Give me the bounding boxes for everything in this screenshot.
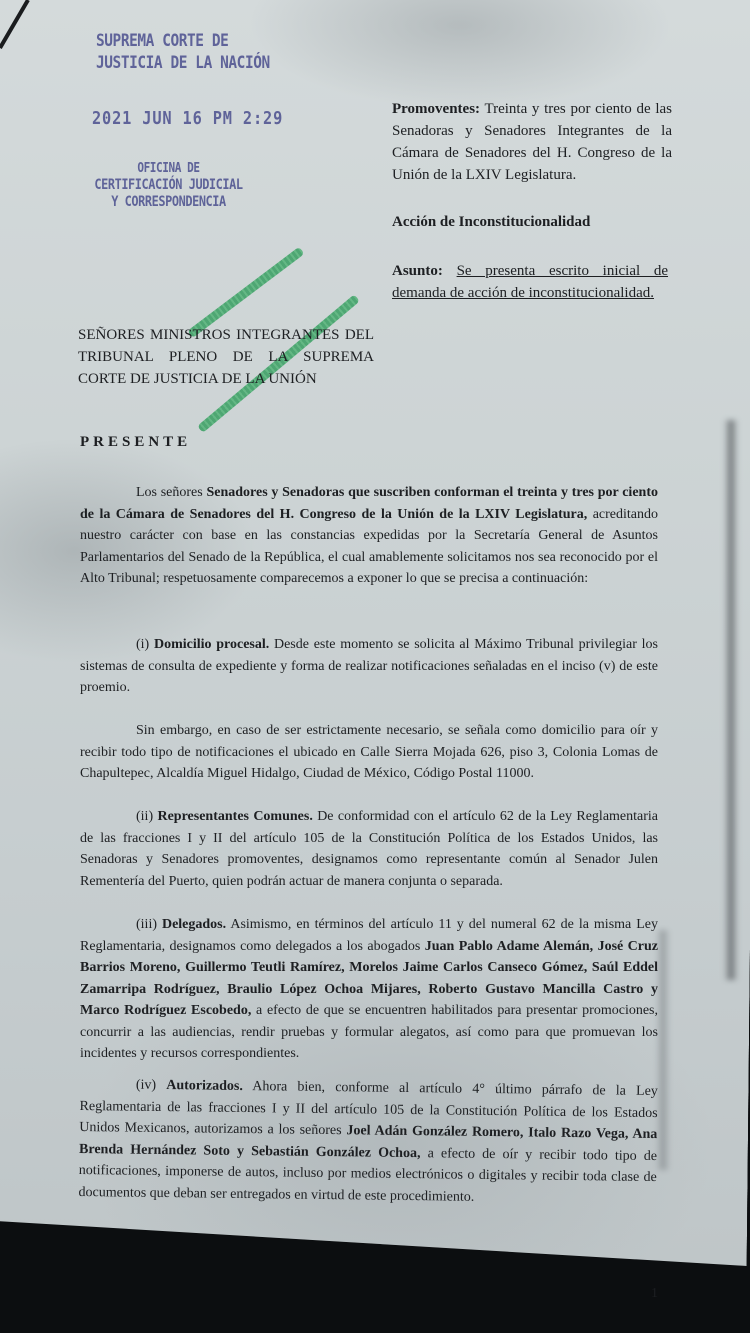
domicilio-paragraph: (i) Domicilio procesal. Desde este momen… <box>80 634 658 699</box>
domicilio-address-paragraph: Sin embargo, en caso de ser estrictament… <box>80 720 658 785</box>
asunto-label: Asunto: <box>392 263 443 279</box>
paper-fold-shadow <box>656 930 670 1170</box>
page-number: 1 <box>651 1286 658 1302</box>
reception-stamp-datetime: 2021 JUN 16 PM 2:29 <box>92 108 283 129</box>
paper-fold-shadow <box>724 420 738 980</box>
reception-stamp-office: Oficina de Certificación Judicial y Corr… <box>92 160 245 211</box>
representantes-paragraph: (ii) Representantes Comunes. De conformi… <box>80 806 658 892</box>
promoventes-label: Promoventes: <box>392 101 480 117</box>
paper-corner-edge <box>0 0 30 50</box>
intro-paragraph: Los señores Senadores y Senadoras que su… <box>80 482 658 590</box>
presente-heading: PRESENTE <box>80 434 191 451</box>
promoventes-block: Promoventes: Treinta y tres por ciento d… <box>392 98 672 186</box>
reception-stamp-institution: Suprema Corte de Justicia de la Nación <box>96 30 270 74</box>
asunto-block: Asunto: Se presenta escrito inicial de d… <box>392 260 668 304</box>
addressee-heading: Señores Ministros Integrantes del Tribun… <box>78 324 374 390</box>
autorizados-paragraph: (iv) Autorizados. Ahora bien, conforme a… <box>78 1074 658 1210</box>
case-type-heading: Acción de Inconstitucionalidad <box>392 214 590 231</box>
delegados-paragraph: (iii) Delegados. Asimismo, en términos d… <box>80 914 658 1065</box>
